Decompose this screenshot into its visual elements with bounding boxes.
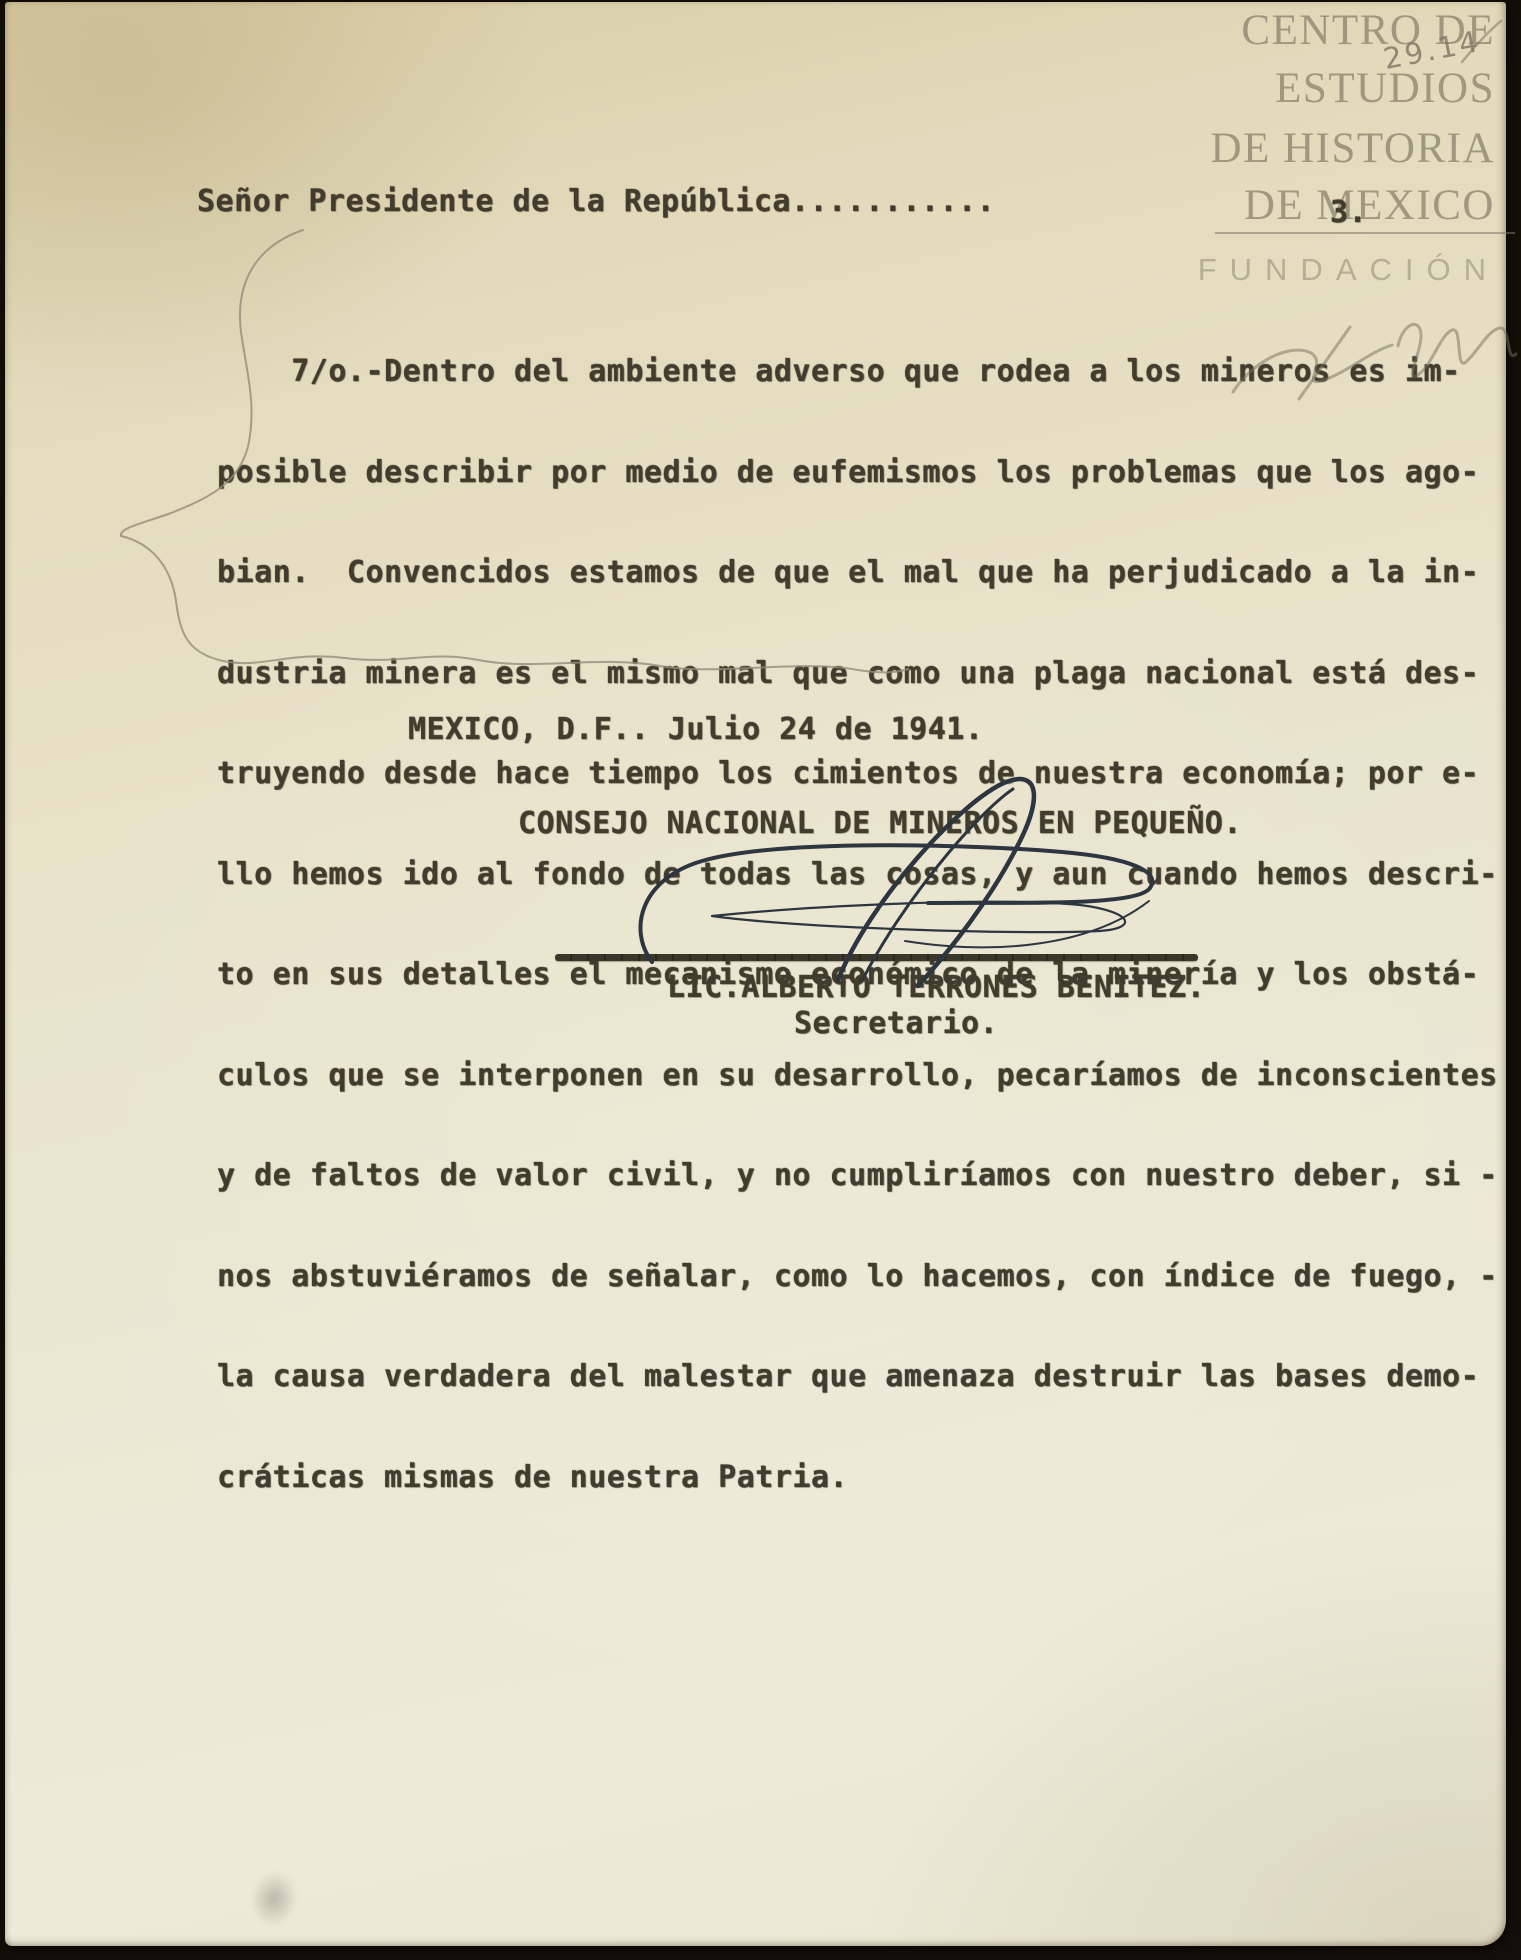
- document-scan: { "watermark": { "line1": "CENTRO DE", "…: [0, 0, 1521, 1960]
- paragraph-line: truyendo desde hace tiempo los cimientos…: [217, 756, 1498, 787]
- paragraph-line: llo hemos ido al fondo de todas las cosa…: [217, 857, 1498, 888]
- paragraph-line: dustria minera es el mismo mal que como …: [217, 656, 1498, 687]
- watermark-line-3: DE HISTORIA: [1211, 124, 1495, 173]
- paragraph-line: bian. Convencidos estamos de que el mal …: [217, 555, 1498, 586]
- paragraph-line: 7/o.-Dentro del ambiente adverso que rod…: [217, 354, 1498, 385]
- dateline: MEXICO, D.F.. Julio 24 de 1941.: [408, 712, 983, 747]
- paragraph-line: nos abstuviéramos de señalar, como lo ha…: [217, 1259, 1498, 1290]
- watermark-rule: [1215, 232, 1515, 234]
- signatory-title: Secretario.: [794, 1006, 998, 1041]
- paragraph-line: y de faltos de valor civil, y no cumplir…: [217, 1158, 1498, 1189]
- paragraph-line: culos que se interponen en su desarrollo…: [217, 1058, 1498, 1089]
- watermark-line-2: ESTUDIOS: [1275, 64, 1495, 113]
- salutation: Señor Presidente de la República........…: [197, 184, 995, 219]
- paragraph-line: posible describir por medio de eufemismo…: [217, 455, 1498, 486]
- signatory-name: LIC.ALBERTO TERRONES BENITEZ.: [667, 970, 1205, 1005]
- paragraph-line: la causa verdadera del malestar que amen…: [217, 1359, 1498, 1390]
- watermark-foundation: FUNDACIÓN: [1198, 252, 1499, 288]
- signature-rule: [555, 954, 1198, 961]
- page-number: 3.: [1330, 195, 1367, 230]
- watermark-line-4: DE MEXICO: [1244, 181, 1495, 230]
- body-paragraph: 7/o.-Dentro del ambiente adverso que rod…: [217, 284, 1498, 1525]
- organization-line: CONSEJO NACIONAL DE MINEROS EN PEQUEÑO.: [518, 806, 1242, 841]
- paragraph-line: cráticas mismas de nuestra Patria.: [217, 1460, 1498, 1491]
